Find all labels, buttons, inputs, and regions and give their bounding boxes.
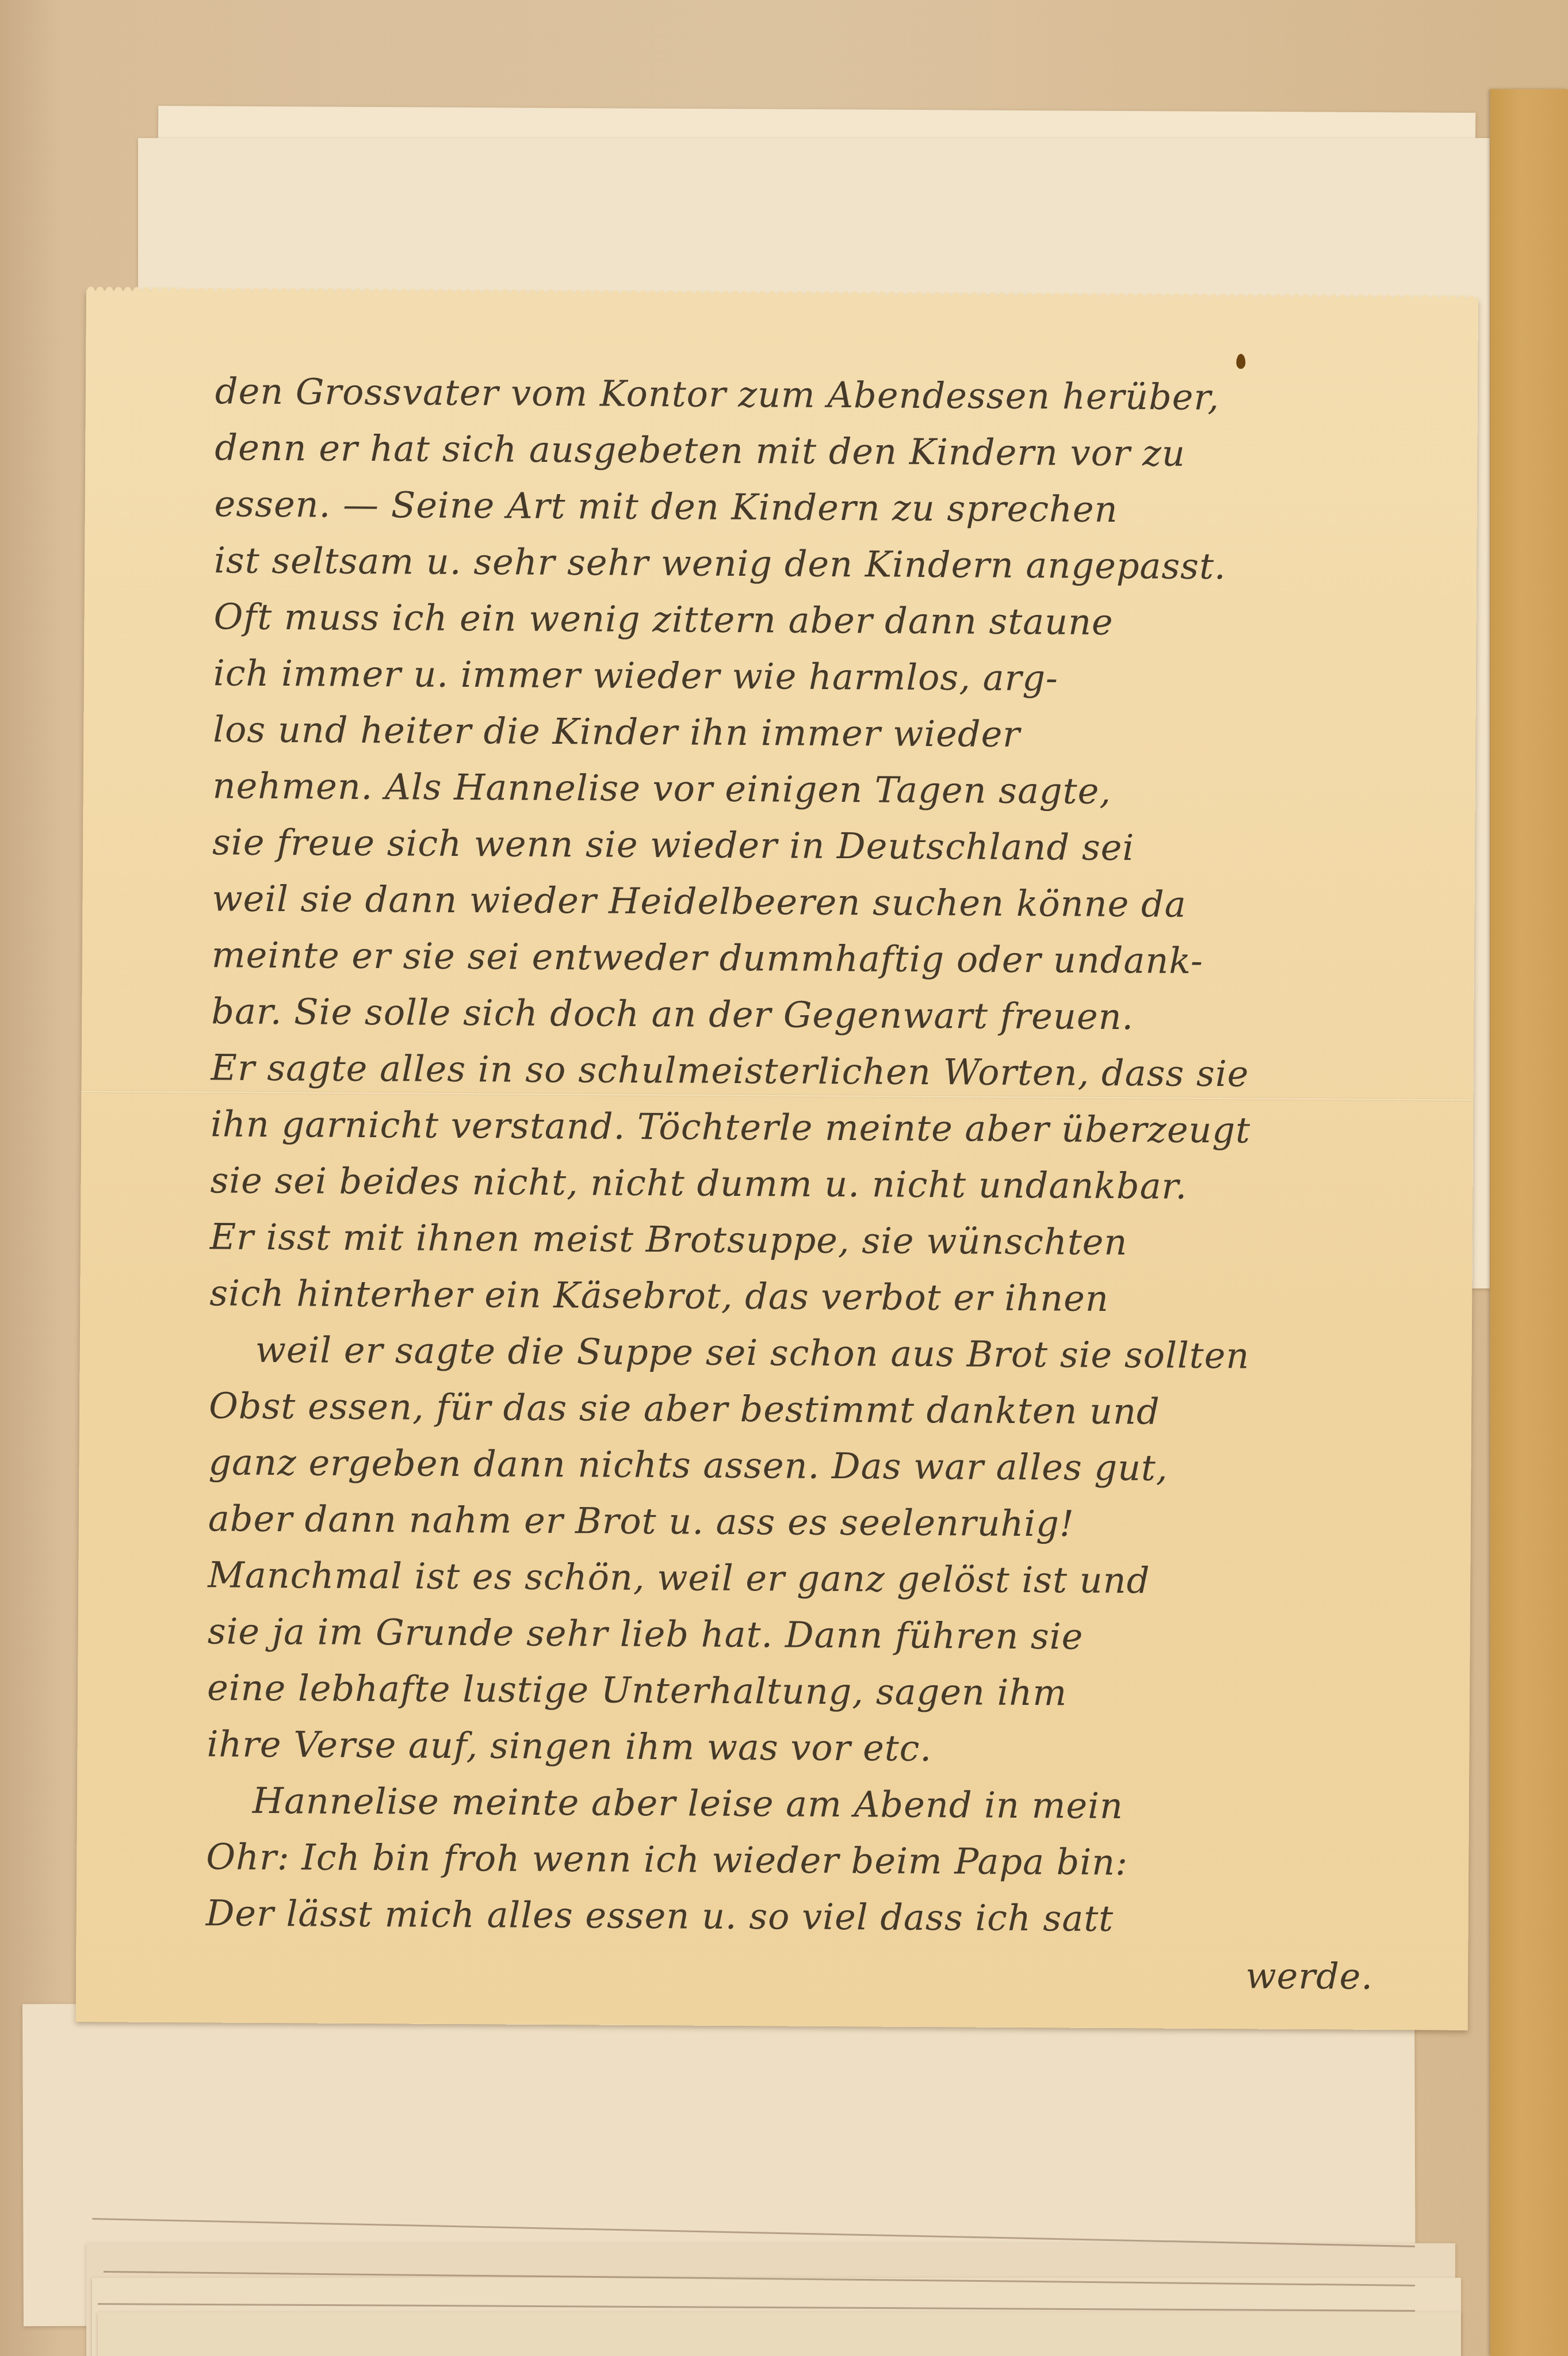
letter-closing-word: werde. [205,1941,1443,2005]
background-paper-sheet [98,2312,1461,2356]
letter-line: sie freue sich wenn sie wieder in Deutsc… [212,814,1450,878]
letter-line: ist seltsam u. sehr sehr wenig den Kinde… [214,532,1451,596]
letter-line: ich immer u. immer wieder wie harmlos, a… [213,645,1451,709]
letter-line: essen. — Seine Art mit den Kindern zu sp… [214,476,1451,540]
letter-line: denn er hat sich ausgebeten mit den Kind… [215,419,1452,483]
letter-line: Er sagte alles in so schulmeisterlichen … [211,1039,1448,1103]
letter-line: ganz ergeben dann nichts assen. Das war … [208,1434,1445,1498]
letter-line: Hannelise meinte aber leise am Abend in … [206,1772,1444,1836]
handwritten-letter-page: den Grossvater vom Kontor zum Abendessen… [76,290,1478,2030]
letter-line: nehmen. Als Hannelise vor einigen Tagen … [212,758,1450,821]
ink-stain [1236,354,1245,369]
letter-line: sie ja im Grunde sehr lieb hat. Dann füh… [207,1603,1444,1667]
letter-body: den Grossvater vom Kontor zum Abendessen… [205,363,1452,2005]
letter-line: Der lässt mich alles essen u. so viel da… [205,1885,1443,1949]
letter-line: Manchmal ist es schön, weil er ganz gelö… [208,1547,1445,1611]
letter-line: den Grossvater vom Kontor zum Abendessen… [215,363,1452,427]
letter-line: sich hinterher ein Käsebrot, das verbot … [209,1265,1447,1329]
letter-line: weil sie dann wieder Heidelbeeren suchen… [212,870,1449,934]
letter-line: Er isst mit ihnen meist Brotsuppe, sie w… [210,1208,1447,1272]
letter-line: eine lebhafte lustige Unterhaltung, sage… [207,1659,1444,1723]
letter-line: ihn garnicht verstand. Töchterle meinte … [211,1096,1448,1160]
letter-line: Obst essen, für das sie aber bestimmt da… [209,1378,1446,1441]
letter-line: sie sei beides nicht, nicht dumm u. nich… [210,1152,1447,1216]
manila-folder-edge [1490,89,1568,2356]
letter-line: bar. Sie solle sich doch an der Gegenwar… [211,983,1448,1047]
letter-line: Oft muss ich ein wenig zittern aber dann… [213,588,1451,652]
letter-line: meinte er sie sei entweder dummhaftig od… [212,927,1449,990]
letter-line: ihre Verse auf, singen ihm was vor etc. [206,1716,1444,1780]
letter-line: aber dann nahm er Brot u. ass es seelenr… [208,1490,1445,1554]
letter-line: weil er sagte die Suppe sei schon aus Br… [209,1321,1446,1385]
letter-line: los und heiter die Kinder ihn immer wied… [213,701,1450,765]
letter-line: Ohr: Ich bin froh wenn ich wieder beim P… [206,1829,1443,1892]
